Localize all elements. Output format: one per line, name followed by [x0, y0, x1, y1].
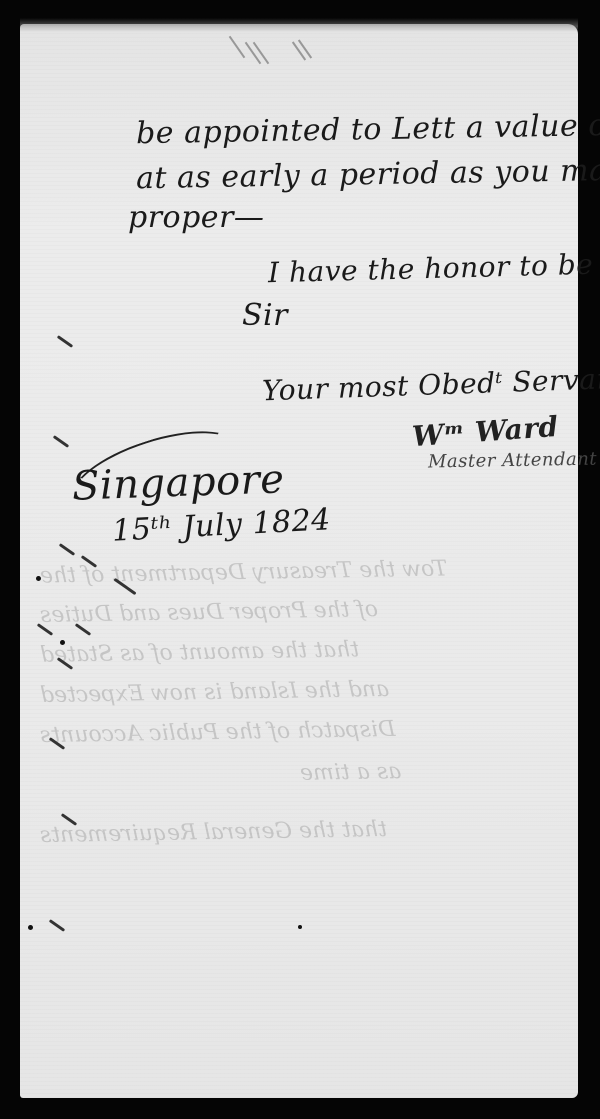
ink-dot [60, 640, 65, 645]
ink-dot [298, 925, 302, 929]
ink-dot [28, 925, 33, 930]
letter-place: Singapore [71, 456, 285, 509]
signature-title: Master Attendant [428, 449, 597, 473]
paper-top-edge [20, 18, 578, 32]
letter-body-line: proper— [128, 200, 264, 235]
bleed-through-line: as a time [300, 759, 402, 786]
salutation: Sir [242, 298, 288, 333]
scanned-document: Tow the Treasury Department of the of th… [0, 0, 600, 1119]
ink-dot [36, 576, 41, 581]
